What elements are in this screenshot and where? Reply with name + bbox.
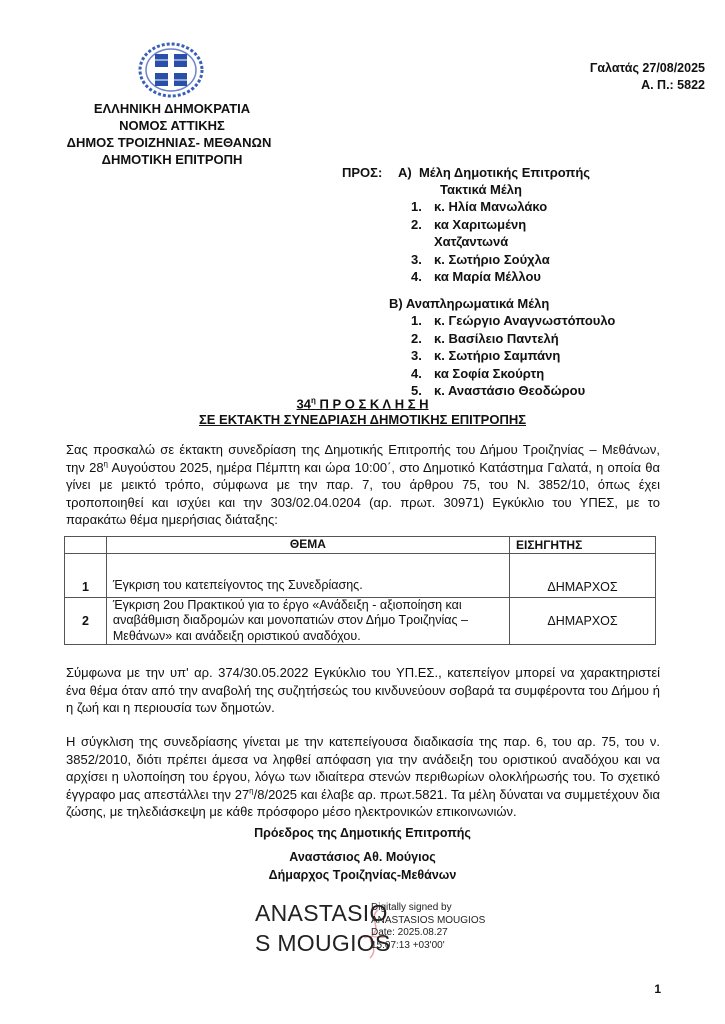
member-name: κ. Γεώργιο Αναγνωστόπουλο — [434, 312, 615, 330]
list-item: 2.κα Χαριτωμένη Χατζαντωνά — [411, 216, 611, 251]
substitute-members-list: 1.κ. Γεώργιο Αναγνωστόπουλο 2.κ. Βασίλει… — [411, 312, 671, 400]
digital-signature[interactable]: ANASTASIO S MOUGIOS Digitally signed by … — [255, 898, 515, 960]
date-protocol-block: Γαλατάς 27/08/2025 Α. Π.: 5822 — [590, 60, 705, 94]
item-number: 2 — [65, 597, 107, 645]
column-header-speaker: ΕΙΣΗΓΗΤΗΣ — [510, 537, 656, 554]
signatory-name: Αναστάσιος Αθ. Μούγιος — [0, 848, 725, 866]
table-header-row: ΘΕΜΑ ΕΙΣΗΓΗΤΗΣ — [65, 537, 656, 554]
item-number: 3. — [411, 347, 434, 365]
member-name: κα Μαρία Μέλλου — [434, 268, 541, 286]
agenda-table: ΘΕΜΑ ΕΙΣΗΓΗΤΗΣ 1 Έγκριση του κατεπείγοντ… — [64, 536, 656, 645]
place-date: Γαλατάς 27/08/2025 — [590, 60, 705, 77]
table-row: 1 Έγκριση του κατεπείγοντος της Συνεδρία… — [65, 553, 656, 597]
member-name: κ. Σωτήριο Σούχλα — [434, 251, 550, 269]
recipients-label: ΠΡΟΣ: — [342, 165, 382, 180]
urgency-paragraph: Σύμφωνα με την υπ' αρ. 374/30.05.2022 Εγ… — [66, 664, 660, 717]
intro-text: Αυγούστου 2025, ημέρα Πέμπτη και ώρα 10:… — [66, 460, 660, 528]
protocol-number: Α. Π.: 5822 — [590, 77, 705, 94]
invitation-number: 34 — [297, 396, 311, 411]
item-topic: Έγκριση 2ου Πρακτικού για το έργο «Ανάδε… — [106, 597, 509, 645]
signature-time: 15:07:13 +03'00' — [371, 940, 485, 953]
item-topic: Έγκριση του κατεπείγοντος της Συνεδρίαση… — [106, 553, 509, 597]
member-name: κ. Ηλία Μανωλάκο — [434, 198, 547, 216]
member-name: κα Σοφία Σκούρτη — [434, 365, 544, 383]
intro-paragraph: Σας προσκαλώ σε έκτακτη συνεδρίαση της Δ… — [66, 441, 660, 529]
column-header-number — [65, 537, 107, 554]
member-name: κ. Βασίλειο Παντελή — [434, 330, 559, 348]
member-name: κα Χαριτωμένη Χατζαντωνά — [434, 216, 554, 251]
invitation-heading: 34η Π Ρ Ο Σ Κ Λ Η Σ Η — [0, 393, 725, 412]
procedure-paragraph: Η σύγκλιση της συνεδρίασης γίνεται με τη… — [66, 733, 660, 821]
item-number: 2. — [411, 330, 434, 348]
org-line: ΔΗΜΟΤΙΚΗ ΕΠΙΤΡΟΠΗ — [72, 151, 272, 168]
list-item: 3.κ. Σωτήριο Σαμπάνη — [411, 347, 671, 365]
signatory-title: Δήμαρχος Τροιζηνίας-Μεθάνων — [0, 866, 725, 884]
meeting-type-heading: ΣΕ ΕΚΤΑΚΤΗ ΣΥΝΕΔΡΙΑΣΗ ΔΗΜΟΤΙΚΗΣ ΕΠΙΤΡΟΠΗ… — [0, 412, 725, 428]
signatory-role: Πρόεδρος της Δημοτικής Επιτροπής — [0, 826, 725, 840]
item-number: 4. — [411, 365, 434, 383]
item-speaker: ΔΗΜΑΡΧΟΣ — [510, 597, 656, 645]
item-number: 1. — [411, 198, 434, 216]
org-line: ΝΟΜΟΣ ΑΤΤΙΚΗΣ — [72, 117, 272, 134]
invitation-word: Π Ρ Ο Σ Κ Λ Η Σ Η — [316, 396, 429, 411]
signatory: Αναστάσιος Αθ. Μούγιος Δήμαρχος Τροιζηνί… — [0, 848, 725, 884]
list-item: 3.κ. Σωτήριο Σούχλα — [411, 251, 611, 269]
signature-detail-line: ANASTASIOS MOUGIOS — [371, 915, 485, 928]
member-name: κ. Σωτήριο Σαμπάνη — [434, 347, 560, 365]
table-row: 2 Έγκριση 2ου Πρακτικού για το έργο «Ανά… — [65, 597, 656, 645]
column-header-topic: ΘΕΜΑ — [106, 537, 509, 554]
list-item: 1.κ. Ηλία Μανωλάκο — [411, 198, 611, 216]
org-line: ΕΛΛΗΝΙΚΗ ΔΗΜΟΚΡΑΤΙΑ — [72, 100, 272, 117]
list-item: 4.κα Σοφία Σκούρτη — [411, 365, 671, 383]
list-item: 2.κ. Βασίλειο Παντελή — [411, 330, 671, 348]
signature-date: Date: 2025.08.27 — [371, 927, 485, 940]
list-item: 4.κα Μαρία Μέλλου — [411, 268, 611, 286]
item-speaker: ΔΗΜΑΡΧΟΣ — [510, 553, 656, 597]
item-number: 2. — [411, 216, 434, 251]
item-number: 1. — [411, 312, 434, 330]
list-item: 1.κ. Γεώργιο Αναγνωστόπουλο — [411, 312, 671, 330]
group-b-title: Β) Αναπληρωματικά Μέλη — [389, 296, 549, 311]
org-line: ΔΗΜΟΣ ΤΡΟΙΖΗΝΙΑΣ- ΜΕΘΑΝΩΝ — [66, 134, 272, 151]
regular-members-list: 1.κ. Ηλία Μανωλάκο 2.κα Χαριτωμένη Χατζα… — [411, 198, 611, 286]
page-number: 1 — [654, 982, 661, 996]
signature-details: Digitally signed by ANASTASIOS MOUGIOS D… — [371, 902, 485, 952]
group-a-subtitle: Τακτικά Μέλη — [440, 182, 522, 197]
document-title: 34η Π Ρ Ο Σ Κ Λ Η Σ Η ΣΕ ΕΚΤΑΚΤΗ ΣΥΝΕΔΡΙ… — [0, 393, 725, 428]
signature-detail-line: Digitally signed by — [371, 902, 485, 915]
greek-emblem-icon — [138, 42, 204, 98]
item-number: 4. — [411, 268, 434, 286]
group-a-title: Α) Μέλη Δημοτικής Επιτροπής — [398, 165, 590, 180]
item-number: 3. — [411, 251, 434, 269]
item-number: 1 — [65, 553, 107, 597]
issuing-authority: ΕΛΛΗΝΙΚΗ ΔΗΜΟΚΡΑΤΙΑ ΝΟΜΟΣ ΑΤΤΙΚΗΣ ΔΗΜΟΣ … — [72, 100, 272, 168]
